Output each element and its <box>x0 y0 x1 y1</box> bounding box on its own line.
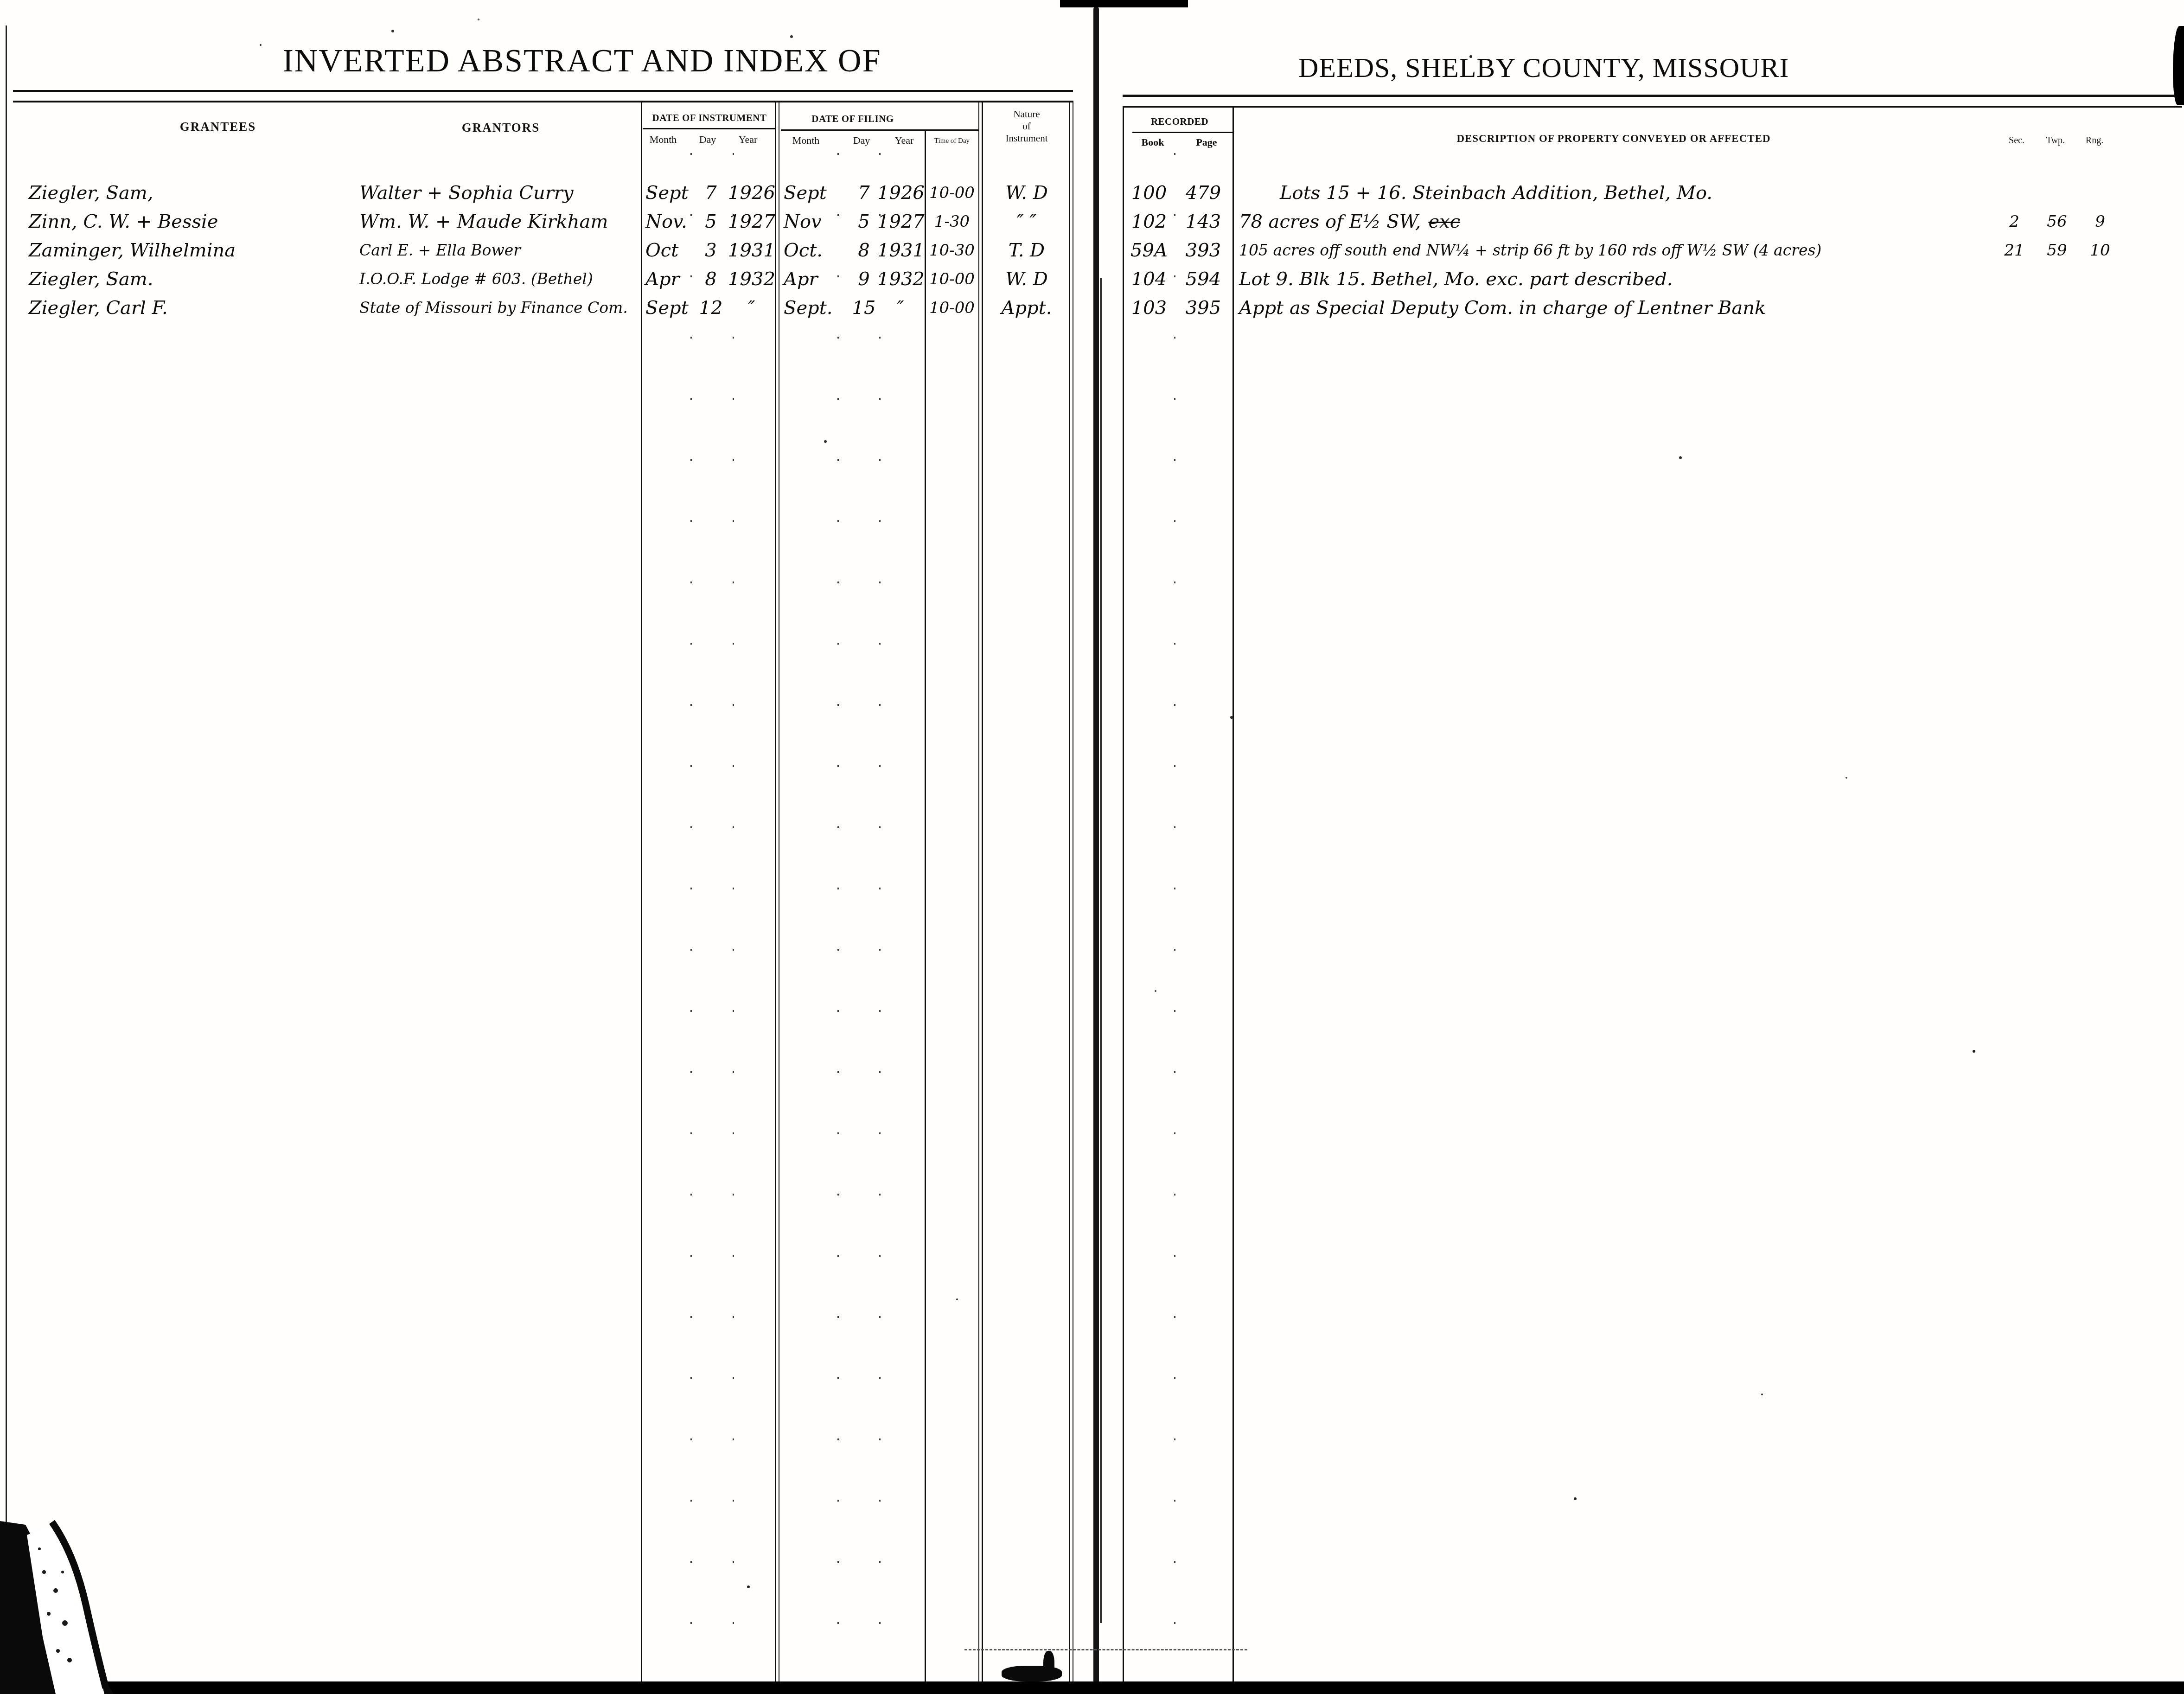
left-page-title: INVERTED ABSTRACT AND INDEX OF <box>274 43 890 80</box>
instrument-year-cell: 1927 <box>727 207 776 236</box>
rule <box>13 90 1073 92</box>
book-label: Book <box>1134 136 1171 148</box>
grantee-cell: Ziegler, Carl F. <box>29 294 335 322</box>
rng-cell: 10 <box>2080 236 2120 265</box>
rng-cell <box>2080 265 2120 294</box>
right-page-title: DEEDS, SHELBY COUNTY, MISSOURI <box>1298 52 1776 84</box>
instrument-month-cell: Oct <box>645 236 694 265</box>
instrument-day-cell: 7 <box>694 179 728 207</box>
table-row: Zaminger, Wilhelmina Carl E. + Ella Bowe… <box>0 236 2184 265</box>
description-cell: Lots 15 + 16. Steinbach Addition, Bethel… <box>1239 179 2040 207</box>
twp-cell <box>2037 294 2076 322</box>
column-rule <box>982 102 983 1683</box>
sec-cell <box>1997 179 2032 207</box>
time-cell: 10-00 <box>926 265 978 294</box>
page-label: Page <box>1188 136 1225 148</box>
page-cell: 143 <box>1176 207 1231 236</box>
description-header: DESCRIPTION OF PROPERTY CONVEYED OR AFFE… <box>1252 133 1975 145</box>
instrument-day-cell: 8 <box>694 265 728 294</box>
dotted-separator <box>1174 153 1175 1679</box>
instrument-day-cell: 5 <box>694 207 728 236</box>
filing-year-cell: 1927 <box>877 207 924 236</box>
grantor-cell: Wm. W. + Maude Kirkham <box>359 207 643 236</box>
filing-day-label: Day <box>848 134 875 147</box>
dotted-separator <box>733 153 734 1679</box>
filing-month-cell: Sept <box>784 179 849 207</box>
rule <box>643 128 776 129</box>
filing-day-cell: 8 <box>849 236 878 265</box>
twp-cell: 56 <box>2037 207 2076 236</box>
book-cell: 100 <box>1125 179 1173 207</box>
page-edge-rule <box>1069 101 1070 1683</box>
time-cell: 10-00 <box>926 179 978 207</box>
nature-header-line3: Instrument <box>985 133 1068 144</box>
nature-header-line2: of <box>985 121 1068 132</box>
instrument-year-label: Year <box>732 134 764 146</box>
book-cell: 102 <box>1125 207 1173 236</box>
table-row: Zinn, C. W. + Bessie Wm. W. + Maude Kirk… <box>0 207 2184 236</box>
nature-cell: W. D <box>985 265 1068 294</box>
grantee-cell: Ziegler, Sam. <box>29 265 335 294</box>
filing-year-cell: 1926 <box>877 179 924 207</box>
description-cell: Appt as Special Deputy Com. in charge of… <box>1239 294 1999 322</box>
grantor-cell: I.O.O.F. Lodge # 603. (Bethel) <box>359 265 643 294</box>
filing-day-cell: 7 <box>849 179 878 207</box>
sec-cell: 2 <box>1997 207 2032 236</box>
instrument-year-cell: ″ <box>727 294 776 322</box>
page-cell: 594 <box>1176 265 1231 294</box>
dotted-separator <box>879 153 881 1679</box>
instrument-month-cell: Apr <box>645 265 694 294</box>
filing-month-cell: Sept. <box>784 294 849 322</box>
description-cell: 105 acres off south end NW¼ + strip 66 f… <box>1239 236 1999 265</box>
description-cell: Lot 9. Blk 15. Bethel, Mo. exc. part des… <box>1239 265 1999 294</box>
time-cell: 10-00 <box>926 294 978 322</box>
table-row: Ziegler, Carl F. State of Missouri by Fi… <box>0 294 2184 322</box>
corner-artifact <box>0 1516 148 1694</box>
twp-label: Twp. <box>2039 135 2072 146</box>
time-of-day-label: Time of Day <box>926 137 978 145</box>
dotted-separator <box>690 153 692 1679</box>
book-gutter-shadow <box>1100 278 1102 1623</box>
grantee-cell: Zinn, C. W. + Bessie <box>29 207 335 236</box>
description-cell: 78 acres of E½ SW,exc <box>1239 207 1999 236</box>
filing-year-cell: ″ <box>877 294 924 322</box>
page-cell: 395 <box>1176 294 1231 322</box>
sec-cell <box>1997 294 2032 322</box>
dotted-separator <box>837 153 839 1679</box>
instrument-day-label: Day <box>694 134 722 146</box>
rng-label: Rng. <box>2078 135 2111 146</box>
rule <box>1132 132 1232 133</box>
filing-month-cell: Oct. <box>784 236 849 265</box>
scan-top-band <box>1060 0 1188 7</box>
faint-dotted-line <box>964 1649 1247 1650</box>
book-cell: 59A <box>1125 236 1173 265</box>
filing-day-cell: 15 <box>849 294 878 322</box>
grantors-header: GRANTORS <box>408 121 594 135</box>
time-cell: 10-30 <box>926 236 978 265</box>
column-rule <box>779 102 779 1683</box>
nature-cell: Appt. <box>985 294 1068 322</box>
sec-cell <box>1997 265 2032 294</box>
twp-cell: 59 <box>2037 236 2076 265</box>
page-cell: 393 <box>1176 236 1231 265</box>
date-of-instrument-header: DATE OF INSTRUMENT <box>643 112 776 124</box>
instrument-day-cell: 3 <box>694 236 728 265</box>
table-row: Ziegler, Sam. I.O.O.F. Lodge # 603. (Bet… <box>0 265 2184 294</box>
rng-cell <box>2080 294 2120 322</box>
column-rule <box>1123 107 1124 1683</box>
book-cell: 104 <box>1125 265 1173 294</box>
filing-month-label: Month <box>787 134 824 147</box>
nature-cell: ″ ″ <box>985 207 1068 236</box>
rng-cell: 9 <box>2080 207 2120 236</box>
nature-cell: T. D <box>985 236 1068 265</box>
nature-cell: W. D <box>985 179 1068 207</box>
instrument-month-cell: Sept <box>645 179 694 207</box>
recorded-header: RECORDED <box>1127 116 1232 128</box>
twp-cell <box>2037 179 2076 207</box>
page-cell: 479 <box>1176 179 1231 207</box>
grantor-cell: Walter + Sophia Curry <box>359 179 643 207</box>
rng-cell <box>2080 179 2120 207</box>
grantor-cell: Carl E. + Ella Bower <box>359 236 643 265</box>
filing-year-cell: 1931 <box>877 236 924 265</box>
instrument-year-cell: 1932 <box>727 265 776 294</box>
filing-month-cell: Apr <box>784 265 849 294</box>
column-rule <box>775 102 776 1683</box>
twp-cell <box>2037 265 2076 294</box>
sec-cell: 21 <box>1997 236 2032 265</box>
column-rule <box>641 102 642 1683</box>
table-row: Ziegler, Sam, Walter + Sophia Curry Sept… <box>0 179 2184 207</box>
grantee-cell: Ziegler, Sam, <box>29 179 335 207</box>
rule <box>1123 95 2182 97</box>
time-cell: 1-30 <box>926 207 978 236</box>
date-of-filing-header: DATE OF FILING <box>781 113 925 125</box>
filing-month-cell: Nov <box>784 207 849 236</box>
filing-day-cell: 5 <box>849 207 878 236</box>
grantee-cell: Zaminger, Wilhelmina <box>29 236 335 265</box>
book-cell: 103 <box>1125 294 1173 322</box>
grantor-cell: State of Missouri by Finance Com. <box>359 294 643 322</box>
instrument-year-cell: 1926 <box>727 179 776 207</box>
rule <box>1123 106 2182 108</box>
scan-noise <box>260 44 262 46</box>
filing-year-cell: 1932 <box>877 265 924 294</box>
instrument-month-cell: Nov. <box>645 207 694 236</box>
grantees-header: GRANTEES <box>125 120 311 134</box>
column-rule <box>1232 107 1234 1683</box>
column-rule <box>925 129 926 1683</box>
nature-header-line1: Nature <box>985 109 1068 120</box>
rule <box>13 101 1073 102</box>
scan-bottom-band <box>0 1681 2184 1694</box>
instrument-day-cell: 12 <box>694 294 728 322</box>
rule <box>781 129 979 131</box>
ledger-scan: INVERTED ABSTRACT AND INDEX OF DEEDS, SH… <box>0 0 2184 1694</box>
sec-label: Sec. <box>2000 135 2033 146</box>
smudge <box>1043 1651 1054 1681</box>
column-rule <box>978 102 979 1683</box>
instrument-year-cell: 1931 <box>727 236 776 265</box>
filing-year-label: Year <box>888 134 920 147</box>
instrument-month-label: Month <box>645 134 682 146</box>
page-curl-mark <box>2173 26 2184 105</box>
page-edge-rule <box>1073 101 1073 1683</box>
instrument-month-cell: Sept <box>645 294 694 322</box>
struck-text: exc <box>1428 211 1460 232</box>
filing-day-cell: 9 <box>849 265 878 294</box>
